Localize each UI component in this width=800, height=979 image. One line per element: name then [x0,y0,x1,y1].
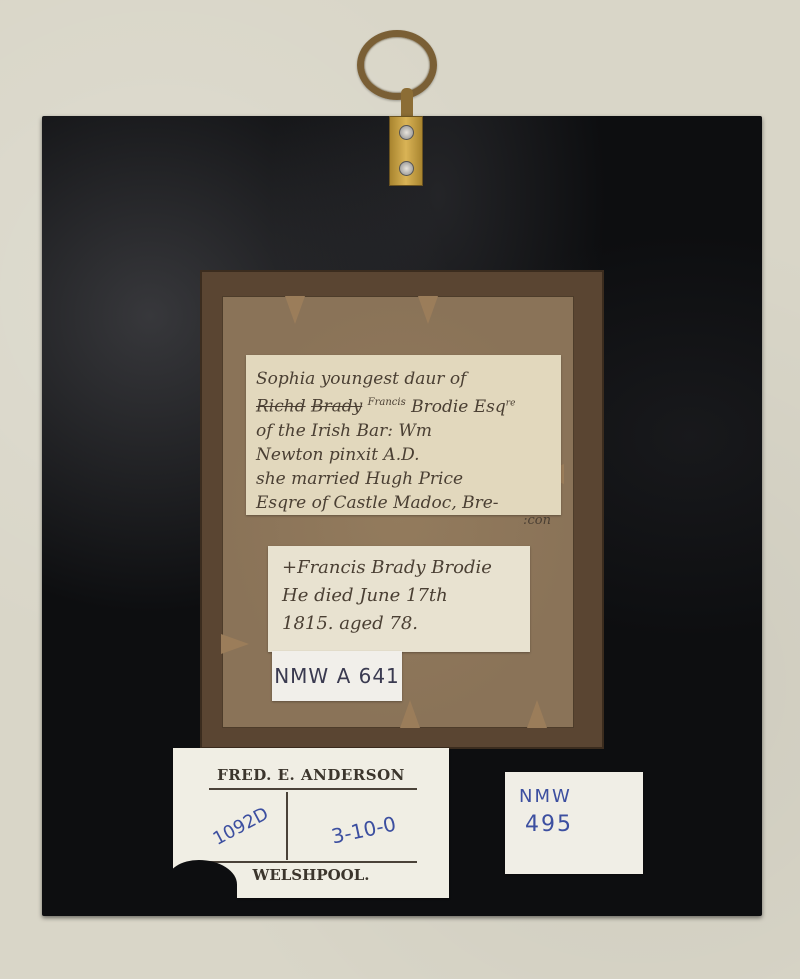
hanging-ring [357,30,437,100]
price: 3-10-0 [329,811,398,848]
dealer-name: FRED. E. ANDERSON [173,766,449,784]
frame-tooth [400,700,420,728]
brass-hanging-plate [389,116,423,186]
torn-corner [167,860,237,905]
death-note-line: 1815. aged 78. [282,610,516,638]
divider [205,861,417,863]
museum-label-line2: 495 [525,812,573,837]
divider [286,792,288,860]
museum-number-label: NMW 495 [505,772,643,874]
ring-neck [401,88,413,116]
surname: Brodie Esqre [411,397,515,417]
screw-icon [399,161,414,176]
frame-tooth [221,634,249,654]
frame-tooth [285,296,305,324]
inscription-line: Sophia youngest daur of [256,367,551,391]
screw-icon [399,125,414,140]
inscription-line: of the Irish Bar: Wm [256,419,551,443]
inscription-line: :con [256,515,551,527]
struck-word: Richd [256,397,306,417]
dealer-label: FRED. E. ANDERSON 1092D 3-10-0 WELSHPOOL… [173,748,449,898]
struck-word: Brady [311,397,362,417]
frame-tooth [418,296,438,324]
inscription-line: Esqre of Castle Madoc, Bre- [256,491,551,515]
inserted-word: Francis [368,397,406,408]
death-note-line: He died June 17th [282,582,516,610]
accession-number: NMW A 641 [274,664,400,688]
death-note-label: +Francis Brady Brodie He died June 17th … [268,546,530,652]
museum-label-line1: NMW [519,786,572,807]
inscription-line: she married Hugh Price [256,467,551,491]
inscription-line: Newton pinxit A.D. [256,443,551,467]
frame-tooth [527,700,547,728]
accession-label: NMW A 641 [272,651,402,701]
death-note-line: +Francis Brady Brodie [282,554,516,582]
stock-number: 1092D [210,803,273,850]
inscription-line: Richd Brady Francis Brodie Esqre [256,391,551,419]
divider [209,788,417,790]
inscription-label: Sophia youngest daur of Richd Brady Fran… [246,355,561,515]
